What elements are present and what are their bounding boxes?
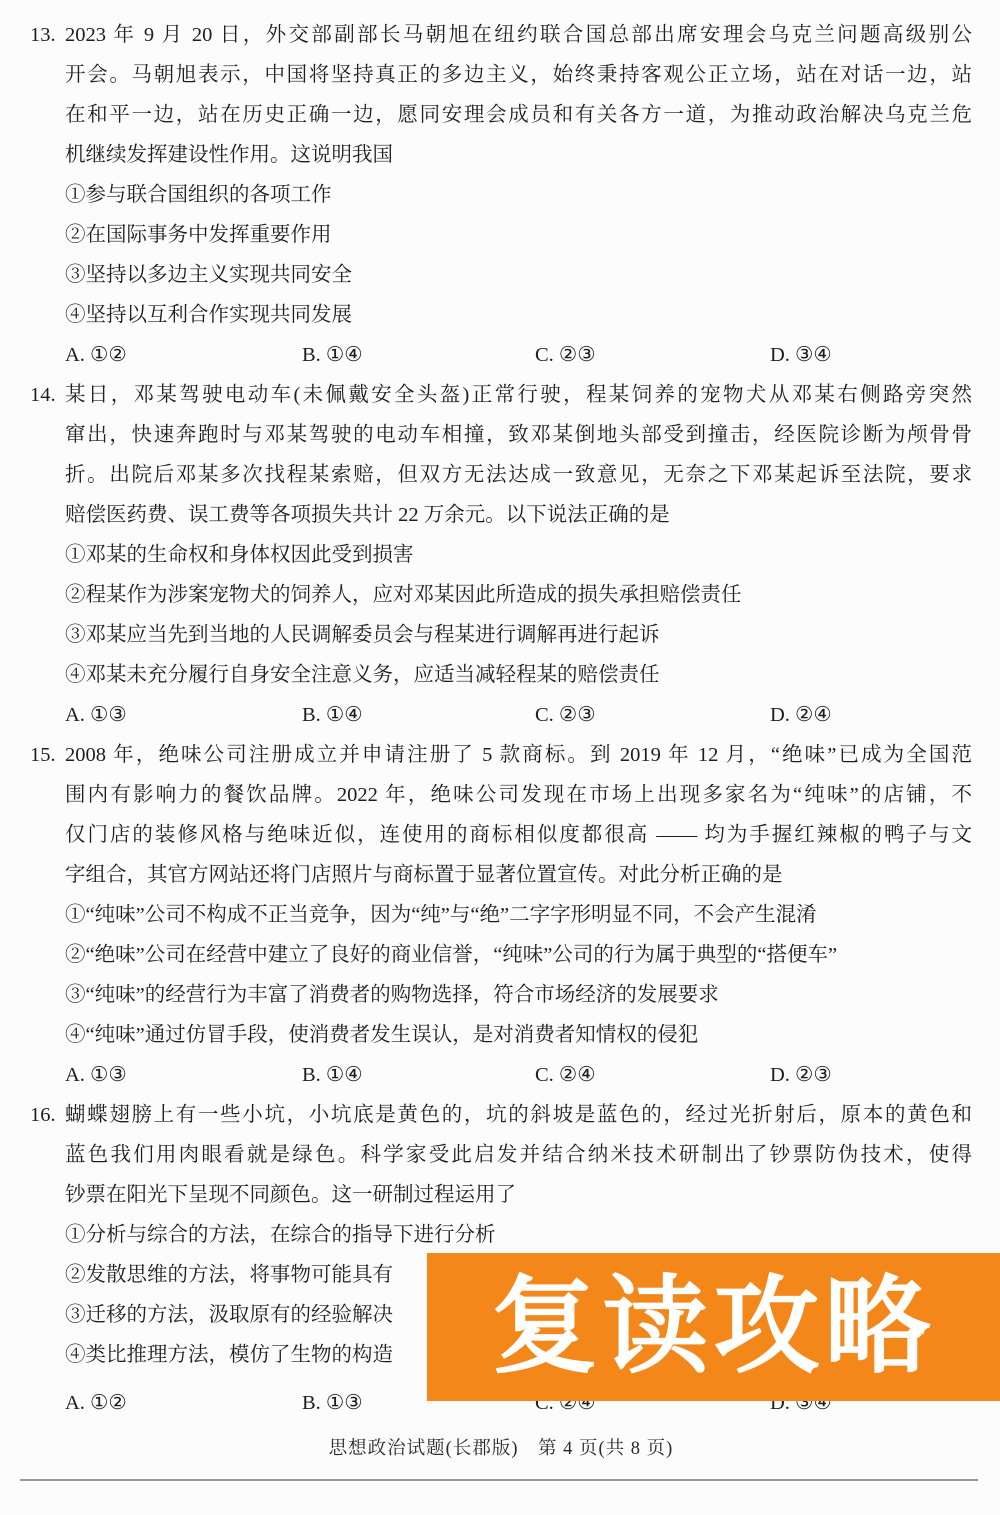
exam-content: 13.2023 年 9 月 20 日，外交部副部长马朝旭在纽约联合国总部出席安理… bbox=[30, 15, 972, 1469]
question-text: 2023 年 9 月 20 日，外交部副部长马朝旭在纽约联合国总部出席安理会乌克… bbox=[65, 24, 972, 46]
question-line: 钞票在阳光下呈现不同颜色。这一研制过程运用了 bbox=[30, 1175, 972, 1215]
question-line: 15.2008 年，绝味公司注册成立并申请注册了 5 款商标。到 2019 年 … bbox=[30, 735, 972, 775]
choice-c: C. ②③ bbox=[535, 335, 770, 375]
question-line: 蓝色我们用肉眼看就是绿色。科学家受此启发并结合纳米技术研制出了钞票防伪技术，使得 bbox=[30, 1135, 972, 1175]
answer-choices: A. ①② B. ①④ C. ②③ D. ③④ bbox=[30, 335, 972, 375]
sub-option-4: ④邓某未充分履行自身安全注意义务，应适当减轻程某的赔偿责任 bbox=[30, 655, 972, 695]
question-line: 赔偿医药费、误工费等各项损失共计 22 万余元。以下说法正确的是 bbox=[30, 495, 972, 535]
page-footer: 思想政治试题(长郡版) 第 4 页(共 8 页) bbox=[30, 1429, 972, 1469]
question-line: 字组合，其官方网站还将门店照片与商标置于显著位置宣传。对此分析正确的是 bbox=[30, 855, 972, 895]
question-line: 机继续发挥建设性作用。这说明我国 bbox=[30, 135, 972, 175]
sub-option-2: ②在国际事务中发挥重要作用 bbox=[30, 215, 972, 255]
question-number: 13. bbox=[30, 15, 65, 55]
question-text: 某日，邓某驾驶电动车(未佩戴安全头盔)正常行驶，程某饲养的宠物犬从邓某右侧路旁突… bbox=[65, 384, 972, 406]
question-text: 2008 年，绝味公司注册成立并申请注册了 5 款商标。到 2019 年 12 … bbox=[65, 744, 972, 766]
choice-a: A. ①② bbox=[65, 1383, 302, 1423]
question-line: 在和平一边，站在历史正确一边，愿同安理会成员和有关各方一道，为推动政治解决乌克兰… bbox=[30, 95, 972, 135]
question-14: 14.某日，邓某驾驶电动车(未佩戴安全头盔)正常行驶，程某饲养的宠物犬从邓某右侧… bbox=[30, 375, 972, 735]
choice-c: C. ②③ bbox=[535, 695, 770, 735]
choice-b: B. ①④ bbox=[302, 335, 535, 375]
exam-page: 13.2023 年 9 月 20 日，外交部副部长马朝旭在纽约联合国总部出席安理… bbox=[0, 0, 1000, 1515]
sub-option-4: ④坚持以互利合作实现共同发展 bbox=[30, 295, 972, 335]
choice-a: A. ①③ bbox=[65, 1055, 302, 1095]
question-number: 15. bbox=[30, 735, 65, 775]
question-line: 16.蝴蝶翅膀上有一些小坑，小坑底是黄色的，坑的斜坡是蓝色的，经过光折射后，原本… bbox=[30, 1095, 972, 1135]
choice-d: D. ③④ bbox=[770, 335, 972, 375]
question-15: 15.2008 年，绝味公司注册成立并申请注册了 5 款商标。到 2019 年 … bbox=[30, 735, 972, 1095]
sub-option-1: ①邓某的生命权和身体权因此受到损害 bbox=[30, 535, 972, 575]
question-line: 窜出，快速奔跑时与邓某驾驶的电动车相撞，致邓某倒地头部受到撞击，经医院诊断为颅骨… bbox=[30, 415, 972, 455]
question-number: 14. bbox=[30, 375, 65, 415]
choice-a: A. ①③ bbox=[65, 695, 302, 735]
answer-choices: A. ①③ B. ①④ C. ②③ D. ②④ bbox=[30, 695, 972, 735]
sub-option-2: ②程某作为涉案宠物犬的饲养人，应对邓某因此所造成的损失承担赔偿责任 bbox=[30, 575, 972, 615]
promo-banner: 复读攻略 bbox=[427, 1253, 1000, 1401]
promo-banner-text: 复读攻略 bbox=[492, 1253, 936, 1401]
choice-c: C. ②④ bbox=[535, 1055, 770, 1095]
footer-divider bbox=[20, 1479, 978, 1481]
question-13: 13.2023 年 9 月 20 日，外交部副部长马朝旭在纽约联合国总部出席安理… bbox=[30, 15, 972, 375]
question-line: 13.2023 年 9 月 20 日，外交部副部长马朝旭在纽约联合国总部出席安理… bbox=[30, 15, 972, 55]
sub-option-4: ④“纯味”通过仿冒手段，使消费者发生误认，是对消费者知情权的侵犯 bbox=[30, 1015, 972, 1055]
choice-d: D. ②③ bbox=[770, 1055, 972, 1095]
sub-option-1: ①分析与综合的方法，在综合的指导下进行分析 bbox=[30, 1215, 972, 1255]
choice-a: A. ①② bbox=[65, 335, 302, 375]
question-line: 14.某日，邓某驾驶电动车(未佩戴安全头盔)正常行驶，程某饲养的宠物犬从邓某右侧… bbox=[30, 375, 972, 415]
sub-option-1: ①“纯味”公司不构成不正当竞争，因为“纯”与“绝”二字字形明显不同，不会产生混淆 bbox=[30, 895, 972, 935]
question-line: 开会。马朝旭表示，中国将坚持真正的多边主义，始终秉持客观公正立场，站在对话一边，… bbox=[30, 55, 972, 95]
question-line: 围内有影响力的餐饮品牌。2022 年，绝味公司发现在市场上出现多家名为“纯味”的… bbox=[30, 775, 972, 815]
sub-option-3: ③“纯味”的经营行为丰富了消费者的购物选择，符合市场经济的发展要求 bbox=[30, 975, 972, 1015]
sub-option-2: ②“绝味”公司在经营中建立了良好的商业信誉，“纯味”公司的行为属于典型的“搭便车… bbox=[30, 935, 972, 975]
question-number: 16. bbox=[30, 1095, 65, 1135]
answer-choices: A. ①③ B. ①④ C. ②④ D. ②③ bbox=[30, 1055, 972, 1095]
sub-option-3: ③邓某应当先到当地的人民调解委员会与程某进行调解再进行起诉 bbox=[30, 615, 972, 655]
sub-option-1: ①参与联合国组织的各项工作 bbox=[30, 175, 972, 215]
question-line: 仅门店的装修风格与绝味近似，连使用的商标相似度都很高 —— 均为手握红辣椒的鸭子… bbox=[30, 815, 972, 855]
choice-b: B. ①④ bbox=[302, 695, 535, 735]
question-line: 折。出院后邓某多次找程某索赔，但双方无法达成一致意见，无奈之下邓某起诉至法院，要… bbox=[30, 455, 972, 495]
choice-d: D. ②④ bbox=[770, 695, 972, 735]
question-text: 蝴蝶翅膀上有一些小坑，小坑底是黄色的，坑的斜坡是蓝色的，经过光折射后，原本的黄色… bbox=[65, 1104, 972, 1126]
choice-b: B. ①④ bbox=[302, 1055, 535, 1095]
sub-option-3: ③坚持以多边主义实现共同安全 bbox=[30, 255, 972, 295]
